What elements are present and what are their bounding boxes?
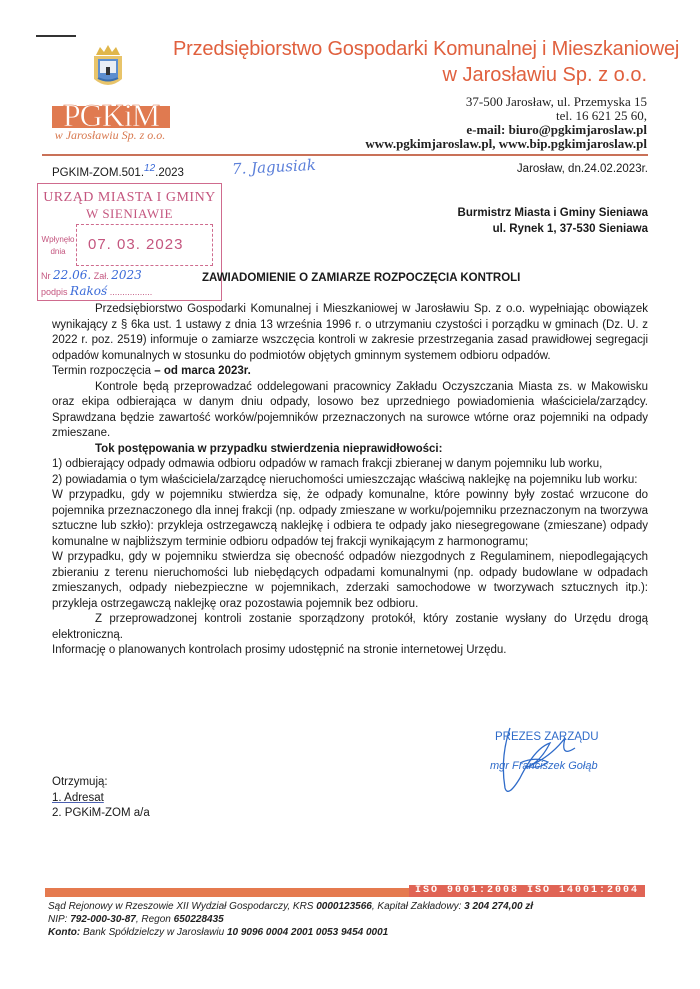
company-name-line2: w Jarosławiu Sp. z o.o. [442, 64, 647, 87]
received-stamp: URZĄD MIASTA I GMINY W SIENIAWIE Wpłynęł… [37, 183, 222, 301]
procedure-item-1: 1) odbierający odpady odmawia odbioru od… [52, 457, 648, 473]
stamp-received-label: Wpłynęło dnia [41, 234, 75, 258]
paragraph-publish: Informację o planowanych kontrolach pros… [52, 643, 648, 659]
procedure-case-2: W przypadku, gdy w pojemniku stwierdza s… [52, 550, 648, 612]
procedure-case-1: W przypadku, gdy w pojemniku stwierdza s… [52, 488, 648, 550]
reference-number: PGKIM-ZOM.501.12.2023 [52, 163, 184, 179]
handwritten-number: 12 [144, 163, 155, 174]
stamp-office: URZĄD MIASTA I GMINY [38, 190, 221, 206]
recipients-list: Otrzymują: 1. Adresat 2. PGKiM-ZOM a/a [52, 775, 150, 822]
stamp-zal-value: 2023 [111, 268, 142, 282]
recipients-item: 1. Adresat [52, 791, 150, 807]
coat-of-arms-icon [90, 43, 126, 93]
stamp-signature: Rakoś [70, 284, 107, 298]
header-rule [42, 154, 648, 156]
footer-court: Sąd Rejonowy w Rzeszowie XII Wydział Gos… [48, 901, 533, 912]
company-name-line1: Przedsiębiorstwo Gospodarki Komunalnej i… [173, 38, 679, 61]
footer-nip-regon: NIP: 792-000-30-87, Regon 650228435 [48, 914, 224, 925]
company-logo: PGKiM [52, 98, 170, 132]
stamp-location: W SIENIAWIE [38, 206, 221, 222]
procedure-heading: Tok postępowania w przypadku stwierdzeni… [52, 442, 648, 458]
handwritten-note: 7. Jagusiak [232, 156, 317, 178]
footer-bank-account: Konto: Bank Spółdzielczy w Jarosławiu 10… [48, 927, 388, 938]
paragraph-protocol: Z przeprowadzonej kontroli zostanie spor… [52, 612, 648, 643]
signature-name: mgr Franciszek Gołąb [490, 760, 598, 772]
company-websites[interactable]: www.pgkimjaroslaw.pl, www.bip.pgkimjaros… [365, 136, 647, 152]
iso-certifications: ISO 9001:2008 ISO 14001:2004 [409, 885, 645, 897]
paragraph-intro: Przedsiębiorstwo Gospodarki Komunalnej i… [52, 302, 648, 364]
stamp-signature-line: podpis Rakoś ................. [41, 284, 152, 298]
signature-title: PREZES ZARZĄDU [495, 731, 599, 743]
stamp-received-date: 07. 03. 2023 [88, 236, 183, 253]
letter-date: Jarosław, dn.24.02.2023r. [517, 163, 648, 175]
stamp-nr-value: 22.06. [53, 268, 91, 282]
recipients-item: 2. PGKiM-ZOM a/a [52, 806, 150, 822]
logo-subtitle: w Jarosławiu Sp. z o.o. [50, 128, 170, 143]
paragraph-controls: Kontrole będą przeprowadzać oddelegowani… [52, 380, 648, 442]
procedure-item-2: 2) powiadamia o tym właściciela/zarządcę… [52, 473, 648, 489]
scan-mark [36, 35, 76, 37]
document-title: ZAWIADOMIENIE O ZAMIARZE ROZPOCZĘCIA KON… [202, 272, 520, 284]
letter-body: Przedsiębiorstwo Gospodarki Komunalnej i… [52, 302, 648, 659]
recipient-name: Burmistrz Miasta i Gminy Sieniawa [458, 207, 648, 219]
recipients-heading: Otrzymują: [52, 775, 150, 791]
recipient-address: ul. Rynek 1, 37-530 Sieniawa [493, 223, 648, 235]
start-date-value: – od marca 2023r. [154, 365, 251, 377]
stamp-number-line: Nr 22.06. Zał. 2023 [41, 268, 142, 282]
start-date-line: Termin rozpoczęcia – od marca 2023r. [52, 364, 648, 380]
